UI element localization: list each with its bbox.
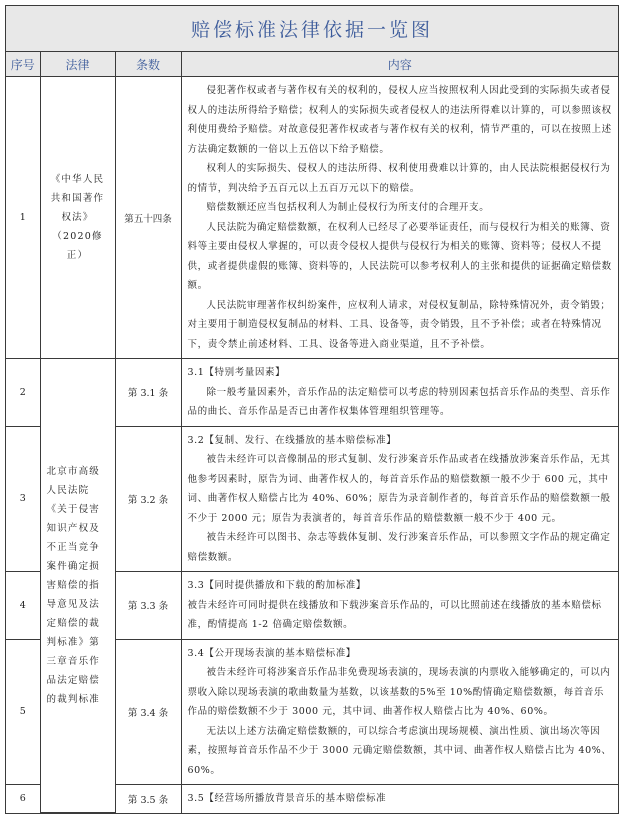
section-title: 3.2【复制、发行、在线播放的基本赔偿标准】	[188, 431, 613, 451]
content-paragraph: 被告未经许可同时提供在线播放和下载涉案音乐作品的，可以比照前述在线播放的基本赔偿…	[188, 596, 613, 635]
article-number: 第五十四条	[115, 77, 181, 359]
content-paragraph: 人民法院审理著作权纠纷案件，应权利人请求，对侵权复制品，除特殊情况外，责令销毁；…	[188, 296, 613, 355]
row-no: 1	[6, 77, 40, 359]
row-no: 2	[6, 359, 40, 427]
header-article: 条数	[115, 52, 181, 77]
law-table: 序号 法律 条数 内容 1 《中华人民共和国著作权法》（2020修正） 第五十四…	[6, 52, 618, 730]
law-name: 北京市高级人民法院《关于侵害知识产权及不正当竞争案件确定损害赔偿的指导意见及法定…	[40, 359, 115, 731]
content-cell: 3.3【同时提供播放和下载的酌加标准】 被告未经许可同时提供在线播放和下载涉案音…	[181, 572, 618, 640]
content-cell: 侵犯著作权或者与著作权有关的权利的，侵权人应当按照权利人因此受到的实际损失或者侵…	[181, 77, 618, 359]
table-row: 1 《中华人民共和国著作权法》（2020修正） 第五十四条 侵犯著作权或者与著作…	[6, 77, 618, 359]
article-number: 第 3.1 条	[115, 359, 181, 427]
content-paragraph: 权利人的实际损失、侵权人的违法所得、权利使用费难以计算的，由人民法院根据侵权行为…	[188, 159, 613, 198]
title-row: 赔偿标准法律依据一览图	[6, 6, 618, 52]
article-number: 第 3.3 条	[115, 572, 181, 640]
content-paragraph: 除一般考量因素外，音乐作品的法定赔偿可以考虑的特别因素包括音乐作品的类型、音乐作…	[188, 383, 613, 422]
header-law: 法律	[40, 52, 115, 77]
row-no: 4	[6, 572, 40, 640]
page-title: 赔偿标准法律依据一览图	[191, 15, 433, 42]
content-paragraph: 被告未经许可将涉案音乐作品非免费现场表演的，现场表演的内票收入能够确定的，可以内…	[188, 663, 613, 722]
content-paragraph: 赔偿数额还应当包括权利人为制止侵权行为所支付的合理开支。	[188, 198, 613, 218]
content-paragraph: 无法以上述方法确定赔偿数额的，可以综合考虑演出现场规模、演出性质、演出场次等因素…	[188, 722, 613, 731]
compensation-standards-table: 赔偿标准法律依据一览图 序号 法律 条数 内容 1 《中华人民共和国著作权法》（…	[5, 5, 619, 730]
row-no: 5	[6, 639, 40, 730]
header-no: 序号	[6, 52, 40, 77]
article-number: 第 3.4 条	[115, 639, 181, 730]
content-cell: 3.4【公开现场表演的基本赔偿标准】 被告未经许可将涉案音乐作品非免费现场表演的…	[181, 639, 618, 730]
section-title: 3.4【公开现场表演的基本赔偿标准】	[188, 644, 613, 664]
law-name: 《中华人民共和国著作权法》（2020修正）	[40, 77, 115, 359]
content-paragraph: 被告未经许可以图书、杂志等载体复制、发行涉案音乐作品，可以参照文字作品的规定确定…	[188, 528, 613, 567]
article-number: 第 3.2 条	[115, 426, 181, 572]
content-paragraph: 人民法院为确定赔偿数额，在权利人已经尽了必要举证责任，而与侵权行为相关的账簿、资…	[188, 218, 613, 296]
header-content: 内容	[181, 52, 618, 77]
content-cell: 3.2【复制、发行、在线播放的基本赔偿标准】 被告未经许可以音像制品的形式复制、…	[181, 426, 618, 572]
content-paragraph: 侵犯著作权或者与著作权有关的权利的，侵权人应当按照权利人因此受到的实际损失或者侵…	[188, 81, 613, 159]
table-row: 2 北京市高级人民法院《关于侵害知识产权及不正当竞争案件确定损害赔偿的指导意见及…	[6, 359, 618, 427]
header-row: 序号 法律 条数 内容	[6, 52, 618, 77]
section-title: 3.1【特别考量因素】	[188, 363, 613, 383]
content-paragraph: 被告未经许可以音像制品的形式复制、发行涉案音乐作品或者在线播放涉案音乐作品，无其…	[188, 450, 613, 528]
content-cell: 3.1【特别考量因素】 除一般考量因素外，音乐作品的法定赔偿可以考虑的特别因素包…	[181, 359, 618, 427]
section-title: 3.3【同时提供播放和下载的酌加标准】	[188, 576, 613, 596]
row-no: 3	[6, 426, 40, 572]
